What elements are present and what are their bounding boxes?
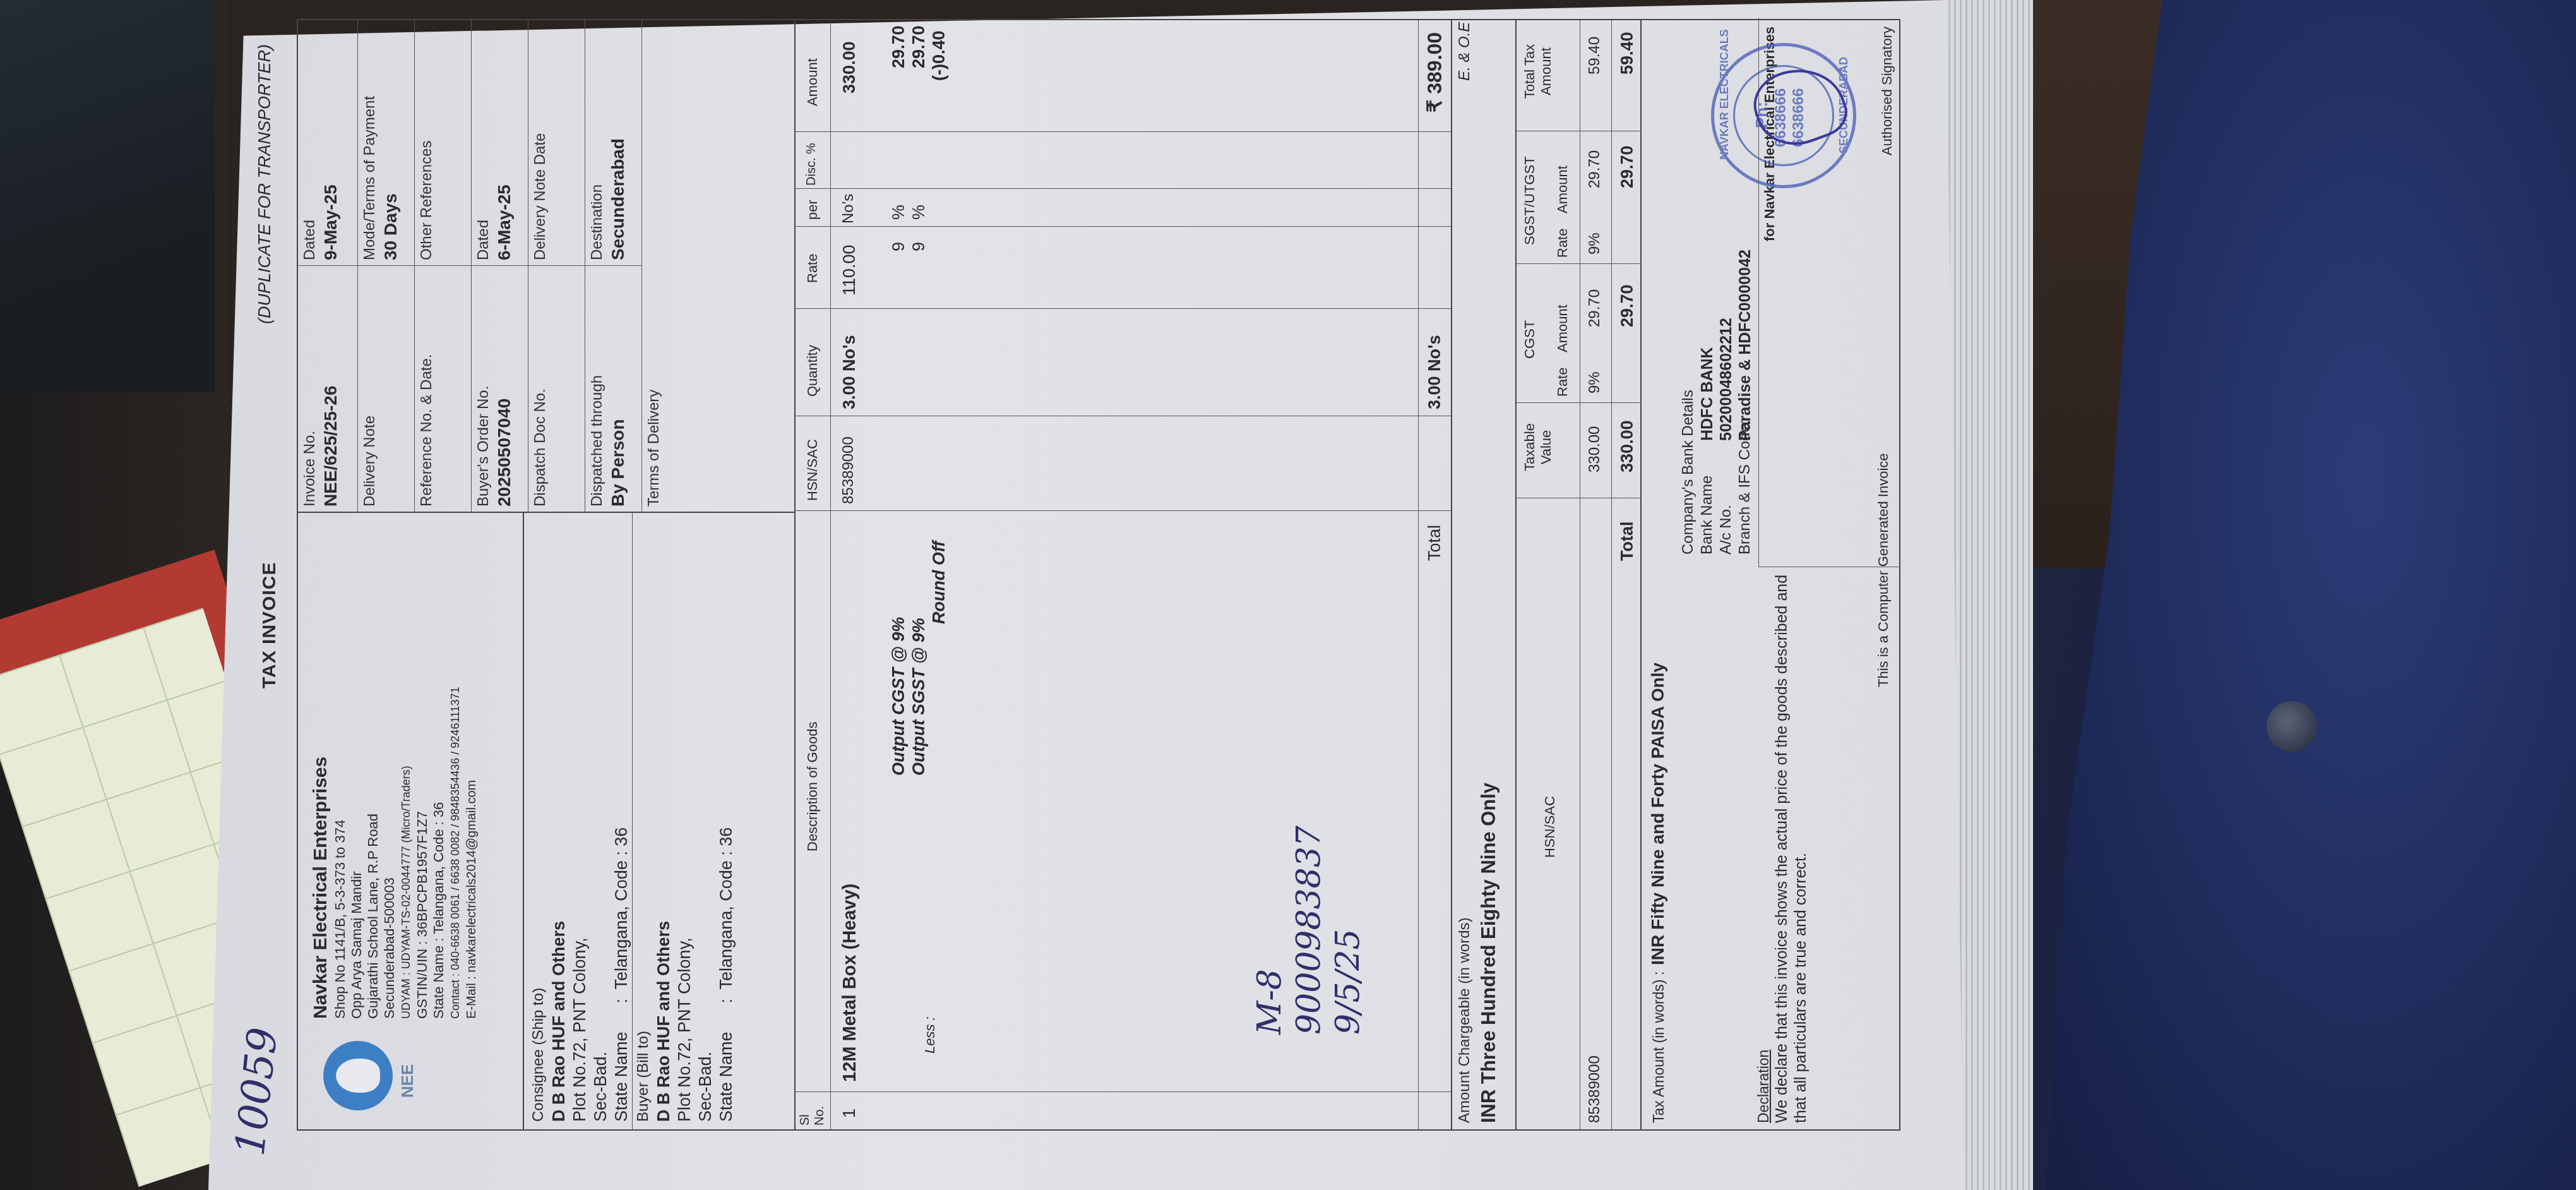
consignee-address: Sec-Bad. bbox=[590, 520, 611, 1122]
logo-text: NEE bbox=[398, 1064, 417, 1098]
meta-order-dated: Dated6-May-25 bbox=[472, 19, 528, 265]
consignee-name: D B Rao HUF and Others bbox=[549, 520, 569, 1122]
meta-other-references: Other References bbox=[415, 19, 472, 265]
buyer-address: Plot No.72, PNT Colony, bbox=[674, 520, 695, 1122]
seller-address-line: Shop No 1141/B, 5-3-373 to 374 bbox=[332, 687, 349, 1019]
seller-contact: Contact : 040-6638 0061 / 6638 0082 / 98… bbox=[447, 687, 463, 1019]
buyer-address: Sec-Bad. bbox=[695, 520, 716, 1122]
tax-summary-table: HSN/SAC 85389000 Total Taxable Value CGS… bbox=[1515, 19, 1642, 1131]
items-total-row: Total 3.00 No's ₹ 389.00 bbox=[1418, 20, 1451, 1129]
party-block: Consignee (Ship to) D B Rao HUF and Othe… bbox=[524, 512, 796, 1131]
computer-generated-note: This is a Computer Generated Invoice bbox=[1875, 453, 1892, 687]
handwritten-note: M-8 9000983837 9/5/25 bbox=[1250, 826, 1368, 1035]
nee-logo-icon bbox=[323, 1041, 393, 1110]
items-table: Sl No. Description of Goods HSN/SAC Quan… bbox=[796, 19, 1452, 1131]
item-description: 12M Metal Box (Heavy) bbox=[840, 884, 861, 1082]
shirt-button bbox=[2267, 701, 2317, 752]
meta-delivery-note: Delivery Note bbox=[358, 265, 415, 512]
buyer-name: D B Rao HUF and Others bbox=[653, 520, 674, 1122]
consignee-address: Plot No.72, PNT Colony, bbox=[569, 520, 590, 1122]
copy-label: (DUPLICATE FOR TRANSPORTER) bbox=[255, 44, 275, 324]
seller-email: E-Mail : navkarelectricals2014@gmail.com bbox=[463, 687, 480, 1019]
grand-total: ₹ 389.00 bbox=[1422, 32, 1446, 112]
amount-in-words: Amount Chargeable (in words) INR Three H… bbox=[1452, 19, 1515, 1131]
meta-dispatch-doc: Dispatch Doc No. bbox=[528, 265, 585, 512]
seller-name: Navkar Electrical Enterprises bbox=[309, 687, 332, 1019]
invoice-title: TAX INVOICE bbox=[259, 562, 280, 688]
meta-terms-of-delivery: Terms of Delivery bbox=[642, 19, 796, 512]
meta-reference: Reference No. & Date. bbox=[415, 265, 472, 512]
meta-dispatched-through: Dispatched throughBy Person bbox=[585, 265, 642, 512]
seller-state: State Name : Telangana, Code : 36 bbox=[431, 687, 447, 1019]
buyer-label: Buyer (Bill to) bbox=[632, 513, 653, 1129]
invoice-footer: Tax Amount (in words) : INR Fifty Nine a… bbox=[1642, 19, 1900, 1131]
tax-amount-words: INR Fifty Nine and Forty PAISA Only bbox=[1648, 663, 1668, 965]
seller-address-line: Opp Arya Samaj Mandir bbox=[349, 687, 365, 1019]
meta-invoice-no: Invoice No.NEE/625/25-26 bbox=[298, 265, 358, 512]
meta-payment-terms: Mode/Terms of Payment30 Days bbox=[358, 19, 415, 265]
seller-block: NEE Navkar Electrical Enterprises Shop N… bbox=[297, 512, 524, 1131]
eoe-label: E. & O.E bbox=[1456, 22, 1474, 81]
tax-invoice: 10059 TAX INVOICE (DUPLICATE FOR TRANSPO… bbox=[246, 19, 1913, 1131]
seller-gstin: GSTIN/UIN : 36BPCPB1957F1Z7 bbox=[414, 687, 431, 1019]
invoice-header: 10059 TAX INVOICE (DUPLICATE FOR TRANSPO… bbox=[246, 19, 297, 1131]
declaration: Declaration We declare that this invoice… bbox=[1755, 567, 1810, 1123]
consignee-label: Consignee (Ship to) bbox=[528, 520, 549, 1122]
seller-address-line: Gujarathi School Lane, R.P Road bbox=[365, 687, 381, 1019]
items-header-row: Sl No. Description of Goods HSN/SAC Quan… bbox=[796, 20, 831, 1129]
invoice-meta-grid: Invoice No.NEE/625/25-26 Dated9-May-25 D… bbox=[297, 19, 796, 512]
dark-object bbox=[0, 0, 215, 392]
meta-delivery-note-date: Delivery Note Date bbox=[528, 19, 585, 265]
meta-destination: DestinationSecunderabad bbox=[585, 19, 642, 265]
meta-dated: Dated9-May-25 bbox=[298, 19, 358, 265]
meta-buyers-order: Buyer's Order No.20250507040 bbox=[472, 265, 528, 512]
seller-udyam: UDYAM : UDYAM-TS-02-0044777 (Micro/Trade… bbox=[398, 687, 414, 1019]
consignee-state: State Name : Telangana, Code : 36 bbox=[611, 520, 632, 1122]
buyer-state: State Name : Telangana, Code : 36 bbox=[716, 520, 737, 1122]
seller-address-line: Secunderabad-500003 bbox=[381, 687, 398, 1019]
